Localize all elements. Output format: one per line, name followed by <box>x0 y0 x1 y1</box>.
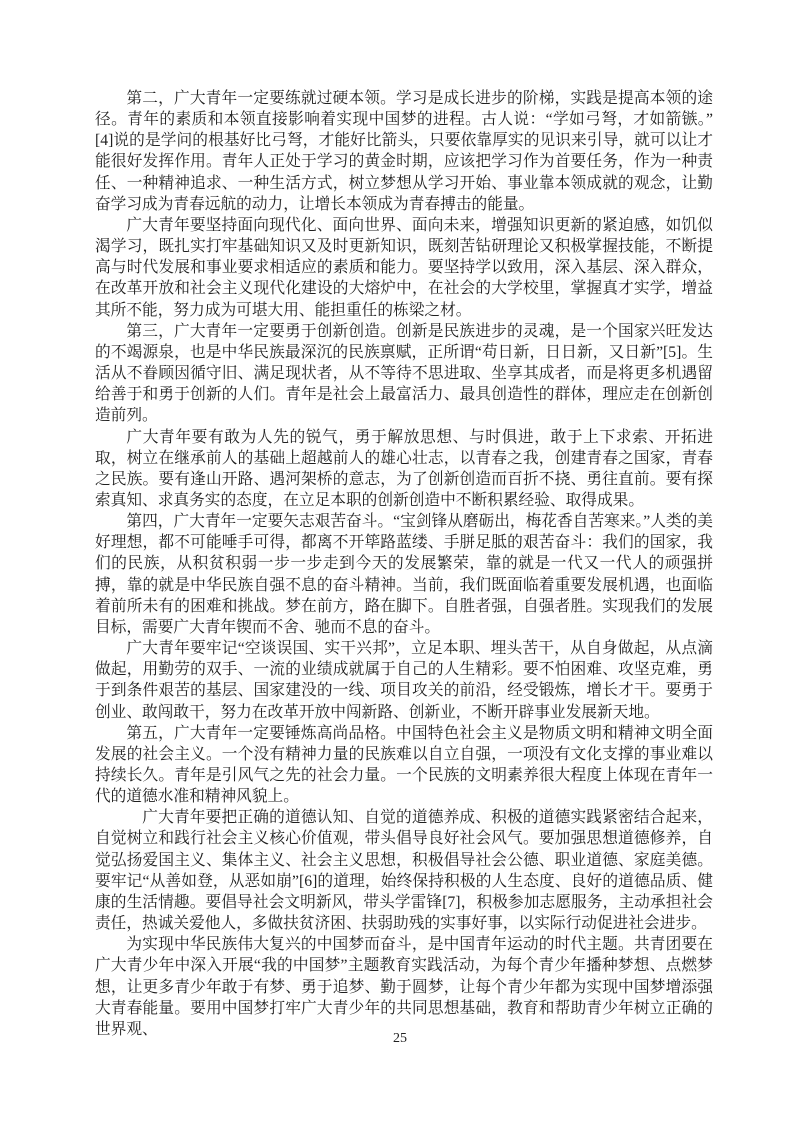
page-number: 25 <box>0 1031 800 1047</box>
paragraph: 为实现中华民族伟大复兴的中国梦而奋斗，是中国青年运动的时代主题。共青团要在广大青… <box>95 934 713 1040</box>
page-content: 第二，广大青年一定要练就过硬本领。学习是成长进步的阶梯，实践是提高本领的途径。青… <box>95 88 713 1040</box>
paragraph: 第四，广大青年一定要矢志艰苦奋斗。“宝剑锋从磨砺出，梅花香自苦寒来。”人类的美好… <box>95 511 713 638</box>
paragraph: 广大青年要牢记“空谈误国、实干兴邦”，立足本职、埋头苦干，从自身做起，从点滴做起… <box>95 638 713 723</box>
paragraph: 第五，广大青年一定要锤炼高尚品格。中国特色社会主义是物质文明和精神文明全面发展的… <box>95 723 713 808</box>
document-page: 第二，广大青年一定要练就过硬本领。学习是成长进步的阶梯，实践是提高本领的途径。青… <box>0 0 800 1131</box>
paragraph: 广大青年要有敢为人先的锐气，勇于解放思想、与时俱进，敢于上下求索、开拓进取，树立… <box>95 427 713 512</box>
paragraph: 第三，广大青年一定要勇于创新创造。创新是民族进步的灵魂，是一个国家兴旺发达的不竭… <box>95 321 713 427</box>
paragraph: 广大青年要把正确的道德认知、自觉的道德养成、积极的道德实践紧密结合起来，自觉树立… <box>95 807 713 934</box>
paragraph: 第二，广大青年一定要练就过硬本领。学习是成长进步的阶梯，实践是提高本领的途径。青… <box>95 88 713 215</box>
paragraph: 广大青年要坚持面向现代化、面向世界、面向未来，增强知识更新的紧迫感，如饥似渴学习… <box>95 215 713 321</box>
